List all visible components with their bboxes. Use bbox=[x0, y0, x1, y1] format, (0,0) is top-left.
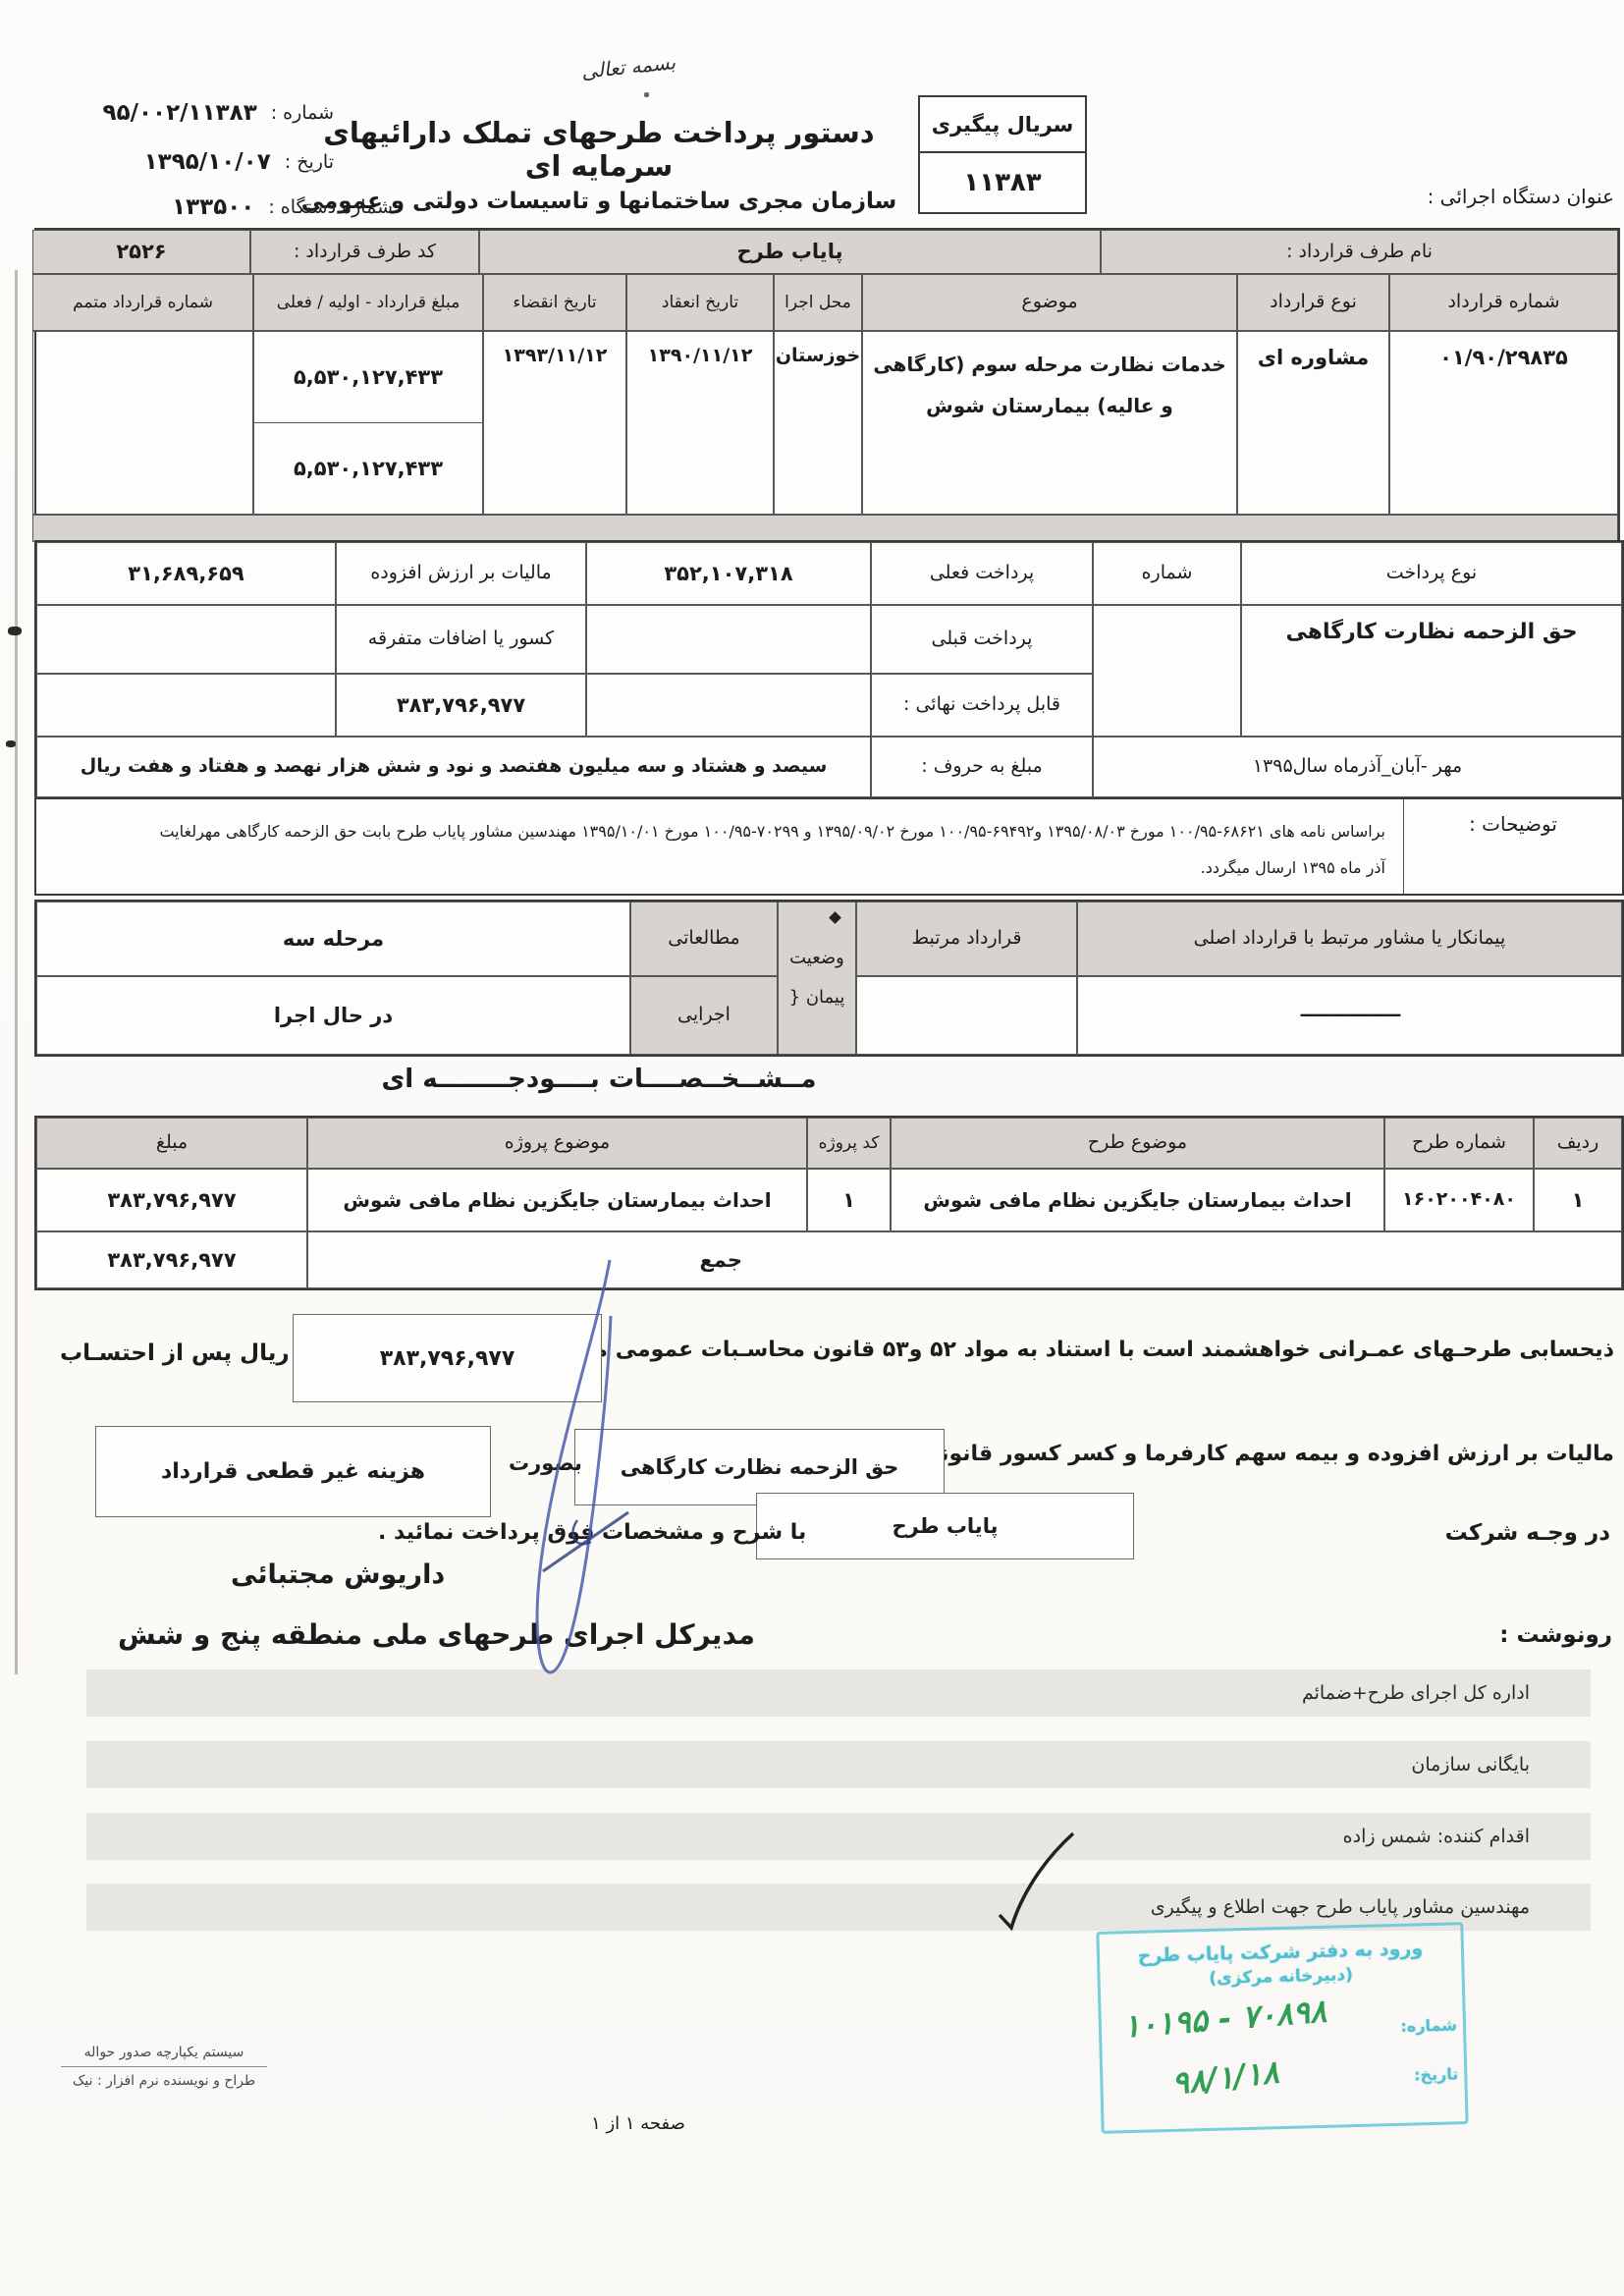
software-credit-line-2: طراح و نویسنده نرم افزار : نیک bbox=[61, 2067, 267, 2089]
budget-section-title: مــشــخــصــــات بــــودجــــــــه ای bbox=[275, 1065, 923, 1094]
stamp-line-2: (دبیرخانه مرکزی) bbox=[1100, 1962, 1461, 1992]
party-code-label: کد طرف قرارداد : bbox=[250, 230, 479, 274]
contract-amount-initial: ۵,۵۳۰,۱۲۷,۴۳۳ bbox=[254, 332, 482, 423]
instruction-amount-value: ۳۸۳,۷۹۶,۹۷۷ bbox=[380, 1346, 515, 1371]
contract-expiry-header: تاریخ انقضاء bbox=[483, 274, 626, 331]
copy-item-1: اداره کل اجرای طرح+ضمائم bbox=[86, 1669, 1591, 1717]
budget-planno-header: شماره طرح bbox=[1384, 1118, 1534, 1169]
instruction-line1-left: ریال پس از احتسـاب bbox=[60, 1340, 290, 1366]
status-study-label: مطالعاتی bbox=[630, 902, 778, 976]
software-credit: سیستم یکپارچه صدور حواله طراح و نویسنده … bbox=[61, 2045, 267, 2089]
doc-number-label: شماره : bbox=[271, 102, 334, 124]
status-exec-label: اجرایی bbox=[630, 976, 778, 1055]
contract-location-value: خوزستان bbox=[774, 331, 862, 515]
device-number-value: ۱۳۳۵۰۰ bbox=[172, 194, 254, 220]
amount-in-words-value: سیصد و هشتاد و سه میلیون هفتصد و نود و ش… bbox=[36, 737, 871, 797]
current-payment-value: ۳۵۲,۱۰۷,۳۱۸ bbox=[586, 542, 871, 605]
misc-deductions-label: کسور یا اضافات متفرقه bbox=[336, 605, 586, 674]
budget-table: ردیف شماره طرح موضوع طرح کد پروژه موضوع … bbox=[34, 1116, 1624, 1290]
copy-item-1-text: اداره کل اجرای طرح+ضمائم bbox=[1302, 1682, 1530, 1704]
instruction-company-value: پایاب طرح bbox=[893, 1514, 999, 1538]
stamp-number-handwritten: ۱۰۱۹۵ - ۷۰۸۹۸ bbox=[1122, 1992, 1328, 2045]
remarks-block: توضیحات : براساس نامه های ۶۸۶۲۱-۱۰۰/۹۵ م… bbox=[34, 797, 1624, 896]
budget-projectsubject-header: موضوع پروژه bbox=[307, 1118, 807, 1169]
budget-total-row: جمع bbox=[307, 1231, 1622, 1288]
copy-item-3-text: اقدام کننده: شمس زاده bbox=[1343, 1826, 1530, 1847]
page-number: صفحه ۱ از ۱ bbox=[550, 2113, 727, 2134]
pact-status-word-2: پیمان { bbox=[789, 986, 845, 1010]
agency-title-label: عنوان دستگاه اجرائی : bbox=[1428, 185, 1614, 208]
instruction-costtype-box: هزینه غیر قطعی قرارداد bbox=[95, 1426, 491, 1517]
amount-in-words-label: مبلغ به حروف : bbox=[871, 737, 1093, 797]
scanned-payment-order-document: بسمه تعالی سریال پیگیری ۱۱۳۸۳ دستور پردا… bbox=[0, 0, 1624, 2296]
instruction-line2-right: مالیات بر ارزش افزوده و بیمه سهم کارفرما… bbox=[864, 1442, 1614, 1466]
contract-location-header: محل اجرا bbox=[774, 274, 862, 331]
previous-payment-value bbox=[586, 605, 871, 674]
doc-date-row: تاریخ : ۱۳۹۵/۱۰/۰۷ bbox=[39, 149, 334, 175]
contract-amount-current: ۵,۵۳۰,۱۲۷,۴۳۳ bbox=[254, 423, 482, 514]
instruction-costtype-value: هزینه غیر قطعی قرارداد bbox=[161, 1459, 425, 1484]
copy-item-2-text: بایگانی سازمان bbox=[1411, 1754, 1530, 1776]
contract-table-footer-strip bbox=[32, 515, 1618, 542]
software-credit-line-1: سیستم یکپارچه صدور حواله bbox=[61, 2045, 267, 2067]
signatory-name: داریوش مجتبائی bbox=[231, 1559, 445, 1590]
doc-number-value: ۹۵/۰۰۲/۱۱۳۸۳ bbox=[103, 100, 257, 126]
device-number-row: شماره دستگاه : ۱۳۳۵۰۰ bbox=[39, 194, 393, 220]
scan-mark bbox=[8, 627, 22, 635]
party-code-value: ۲۵۲۶ bbox=[32, 230, 250, 274]
budget-planno-value: ۱۶۰۲۰۰۴۰۸۰ bbox=[1384, 1169, 1534, 1231]
copy-item-4-text: مهندسین مشاور پایاب طرح جهت اطلاع و پیگی… bbox=[1151, 1896, 1530, 1918]
copy-item-2: بایگانی سازمان bbox=[86, 1741, 1591, 1788]
contract-signdate-header: تاریخ انعقاد bbox=[626, 274, 774, 331]
payment-table: نوع پرداخت حق الزحمه نظارت کارگاهی شماره… bbox=[34, 540, 1624, 799]
pact-status-word-1: وضعیت bbox=[789, 947, 844, 970]
remarks-line-2: آذر ماه ۱۳۹۵ ارسال میگردد. bbox=[1201, 850, 1385, 887]
contract-type-header: نوع قرارداد bbox=[1237, 274, 1389, 331]
contract-amount-header: مبلغ قرارداد - اولیه / فعلی bbox=[253, 274, 483, 331]
previous-payment-label: پرداخت قبلی bbox=[871, 605, 1093, 674]
scan-dot bbox=[644, 92, 649, 97]
instruction-line3-right: در وجـه شرکت bbox=[1445, 1520, 1610, 1546]
copy-item-3: اقدام کننده: شمس زاده bbox=[86, 1813, 1591, 1860]
related-consultant-value: —————— bbox=[1077, 976, 1622, 1055]
contract-expiry-value: ۱۳۹۳/۱۱/۱۲ bbox=[483, 331, 626, 515]
budget-row-value: ۱ bbox=[1534, 1169, 1622, 1231]
budget-plansubject-value: احداث بیمارستان جایگزین نظام مافی شوش bbox=[891, 1169, 1384, 1231]
empty-cell bbox=[586, 674, 871, 737]
instruction-line2-mid: بصورت bbox=[509, 1451, 582, 1475]
remarks-line-1: براساس نامه های ۶۸۶۲۱-۱۰۰/۹۵ مورخ ۱۳۹۵/۰… bbox=[159, 814, 1385, 850]
payment-number-header: شماره bbox=[1093, 542, 1241, 605]
device-number-label: شماره دستگاه : bbox=[268, 196, 393, 218]
signatory-title: مدیرکل اجرای طرحهای ملی منطقه پنج و شش bbox=[118, 1618, 755, 1651]
related-contract-table: پیمانکار یا مشاور مرتبط با قرارداد اصلی … bbox=[34, 900, 1624, 1057]
tracking-serial-value: ۱۱۳۸۳ bbox=[920, 153, 1085, 212]
pact-status-label: وضعیت پیمان { bbox=[778, 902, 856, 1055]
related-contract-value bbox=[856, 976, 1077, 1055]
budget-total-label: جمع bbox=[699, 1246, 742, 1274]
related-contract-header: قرارداد مرتبط bbox=[856, 902, 1077, 976]
instruction-amount-box: ۳۸۳,۷۹۶,۹۷۷ bbox=[293, 1314, 602, 1402]
tracking-serial-label: سریال پیگیری bbox=[920, 97, 1085, 153]
contract-supplement-value bbox=[32, 331, 253, 515]
remarks-text: براساس نامه های ۶۸۶۲۱-۱۰۰/۹۵ مورخ ۱۳۹۵/۰… bbox=[36, 799, 1403, 894]
document-title: دستور پرداخت طرحهای تملک دارائیهای سرمای… bbox=[275, 116, 923, 183]
vat-value: ۳۱,۶۸۹,۶۵۹ bbox=[36, 542, 336, 605]
misc-deductions-value bbox=[36, 605, 336, 674]
budget-amount-header: مبلغ bbox=[36, 1118, 307, 1169]
party-name-value: پایاب طرح bbox=[479, 230, 1101, 274]
remarks-label: توضیحات : bbox=[1403, 799, 1622, 894]
empty-cell bbox=[36, 674, 336, 737]
contract-number-header: شماره قرارداد bbox=[1389, 274, 1618, 331]
contract-number-value: ۰۱/۹۰/۲۹۸۳۵ bbox=[1389, 331, 1618, 515]
final-payable-value: ۳۸۳,۷۹۶,۹۷۷ bbox=[336, 674, 586, 737]
contract-detail-grid: شماره قرارداد نوع قرارداد موضوع محل اجرا… bbox=[34, 274, 1620, 544]
instruction-line1-right: ذیحسابی طرحـهای عمـرانی خواهشمند است با … bbox=[555, 1338, 1614, 1362]
related-consultant-header: پیمانکار یا مشاور مرتبط با قرارداد اصلی bbox=[1077, 902, 1622, 976]
scan-edge-line bbox=[15, 270, 18, 1674]
current-payment-label: پرداخت فعلی bbox=[871, 542, 1093, 605]
stamp-date-handwritten: ۹۸/۱/۱۸ bbox=[1170, 2052, 1281, 2102]
payment-period-value: مهر -آبان_آذرماه سال۱۳۹۵ bbox=[1093, 737, 1622, 797]
status-study-value: مرحله سه bbox=[36, 902, 630, 976]
tracking-serial-box: سریال پیگیری ۱۱۳۸۳ bbox=[918, 95, 1087, 214]
payment-number-value bbox=[1093, 605, 1241, 737]
budget-projectsubject-value: احداث بیمارستان جایگزین نظام مافی شوش bbox=[307, 1169, 807, 1231]
copies-label: رونوشت : bbox=[1499, 1622, 1612, 1648]
company-entry-stamp: ورود به دفتر شرکت پایاب طرح (دبیرخانه مر… bbox=[1096, 1922, 1468, 2134]
instruction-line3-left: با شرح و مشخصات فوق پرداخت نمائید . bbox=[378, 1520, 806, 1545]
stamp-number-label: شماره: bbox=[1400, 2015, 1457, 2035]
budget-amount-value: ۳۸۳,۷۹۶,۹۷۷ bbox=[36, 1169, 307, 1231]
bismillah-text: بسمه تعالی bbox=[529, 45, 727, 89]
budget-row-header: ردیف bbox=[1534, 1118, 1622, 1169]
vat-label: مالیات بر ارزش افزوده bbox=[336, 542, 586, 605]
budget-plansubject-header: موضوع طرح bbox=[891, 1118, 1384, 1169]
scan-mark bbox=[6, 740, 16, 747]
contract-type-value: مشاوره ای bbox=[1237, 331, 1389, 515]
stamp-date-label: تاریخ: bbox=[1414, 2064, 1459, 2084]
doc-date-label: تاریخ : bbox=[285, 151, 334, 173]
final-payable-label: قابل پرداخت نهائی : bbox=[871, 674, 1093, 737]
doc-date-value: ۱۳۹۵/۱۰/۰۷ bbox=[144, 149, 271, 175]
instruction-company-box: پایاب طرح bbox=[756, 1493, 1134, 1559]
status-exec-value: در حال اجرا bbox=[36, 976, 630, 1055]
contract-party-row: نام طرف قرارداد : پایاب طرح کد طرف قرارد… bbox=[34, 228, 1620, 274]
contract-signdate-value: ۱۳۹۰/۱۱/۱۲ bbox=[626, 331, 774, 515]
contract-amount-values: ۵,۵۳۰,۱۲۷,۴۳۳ ۵,۵۳۰,۱۲۷,۴۳۳ bbox=[253, 331, 483, 515]
party-name-label: نام طرف قرارداد : bbox=[1101, 230, 1618, 274]
payment-type-value: حق الزحمه نظارت کارگاهی bbox=[1241, 605, 1622, 737]
contract-subject-value: خدمات نظارت مرحله سوم (کارگاهی و عالیه) … bbox=[862, 331, 1237, 515]
instruction-fee-value: حق الزحمه نظارت کارگاهی bbox=[621, 1455, 899, 1479]
contract-supplement-header: شماره قرارداد متمم bbox=[32, 274, 253, 331]
doc-number-row: شماره : ۹۵/۰۰۲/۱۱۳۸۳ bbox=[39, 100, 334, 126]
payment-type-header: نوع پرداخت bbox=[1241, 542, 1622, 605]
contract-subject-header: موضوع bbox=[862, 274, 1237, 331]
contract-table: نام طرف قرارداد : پایاب طرح کد طرف قرارد… bbox=[34, 228, 1620, 544]
budget-projectcode-header: کد پروژه bbox=[807, 1118, 891, 1169]
budget-total-amount: ۳۸۳,۷۹۶,۹۷۷ bbox=[36, 1231, 307, 1288]
budget-projectcode-value: ۱ bbox=[807, 1169, 891, 1231]
